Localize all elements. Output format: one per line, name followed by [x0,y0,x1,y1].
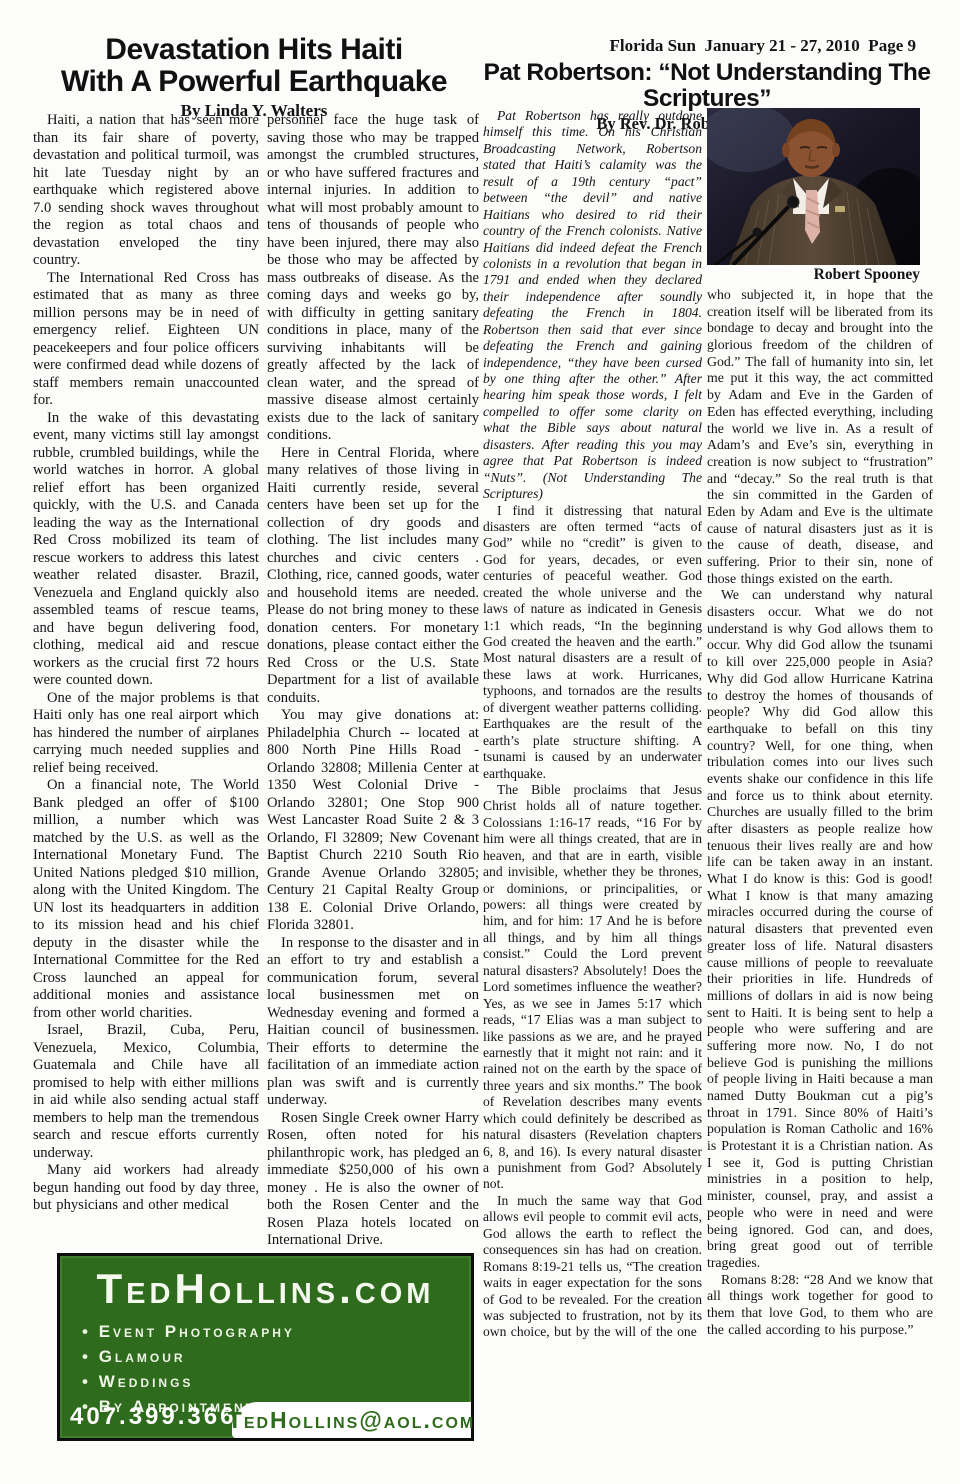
spooney-photo [707,108,920,265]
paragraph: The Bible proclaims that Jesus Christ ho… [483,782,702,1193]
paragraph: Weddings [82,1372,471,1392]
robertson-title: Pat Robertson: “Not Understanding The Sc… [478,60,936,111]
paragraph: Pat Robertson has really outdone himself… [483,108,702,503]
haiti-title: Devastation Hits Haiti With A Powerful E… [28,34,480,98]
paragraph: In much the same way that God allows evi… [483,1193,702,1341]
ad-email-pill: TedHollins@aol.com [232,1402,471,1438]
ad-email-address: TedHollins@aol.com [228,1407,475,1434]
paragraph: On a financial note, The World Bank pled… [33,777,259,1022]
ad-domain-title: TedHollins.com [60,1268,471,1310]
paragraph: Many aid workers had already begun handi… [33,1162,259,1215]
paragraph: We can understand why natural disasters … [707,587,933,1271]
paragraph: Here in Central Florida, where many rela… [267,445,479,708]
paragraph: personnel face the huge task of saving t… [267,112,479,445]
paragraph: One of the major problems is that Haiti … [33,690,259,778]
paragraph: who subjected it, in hope that the creat… [707,287,933,587]
paragraph: The International Red Cross has estimate… [33,270,259,410]
robertson-column-2: who subjected it, in hope that the creat… [707,287,933,1477]
paragraph: Glamour [82,1347,471,1367]
haiti-title-line2: With A Powerful Earthquake [28,66,480,98]
haiti-column-1: Haiti, a nation that has seen more than … [33,112,259,1247]
paragraph: You may give donations at: Philadelphia … [267,707,479,935]
paragraph: I find it distressing that natural disas… [483,503,702,782]
paragraph: Romans 8:28: “28 And we know that all th… [707,1272,933,1339]
spooney-photo-illustration [707,108,920,265]
masthead-dateline: Florida Sun January 21 - 27, 2010 Page 9 [478,36,936,56]
paragraph: In the wake of this devastating event, m… [33,410,259,690]
paragraph: Israel, Brazil, Cuba, Peru, Venezuela, M… [33,1022,259,1162]
tedhollins-ad: TedHollins.com Event PhotographyGlamourW… [57,1253,474,1441]
robertson-column-1: Pat Robertson has really outdone himself… [483,108,702,1478]
paragraph: Event Photography [82,1322,471,1342]
paragraph: Haiti, a nation that has seen more than … [33,112,259,270]
photo-caption: Robert Spooney [707,266,920,284]
paragraph: In response to the disaster and in an ef… [267,935,479,1110]
article-haiti-header: Devastation Hits Haiti With A Powerful E… [28,34,480,121]
paragraph: Rosen Single Creek owner Harry Rosen, of… [267,1110,479,1248]
ad-phone-number: 407.399.3664 [70,1403,253,1431]
ad-contact-bar: 407.399.3664 TedHollins@aol.com [60,1400,471,1438]
newspaper-page: Devastation Hits Haiti With A Powerful E… [0,0,960,1484]
haiti-column-2: personnel face the huge task of saving t… [267,112,479,1247]
haiti-title-line1: Devastation Hits Haiti [28,34,480,66]
